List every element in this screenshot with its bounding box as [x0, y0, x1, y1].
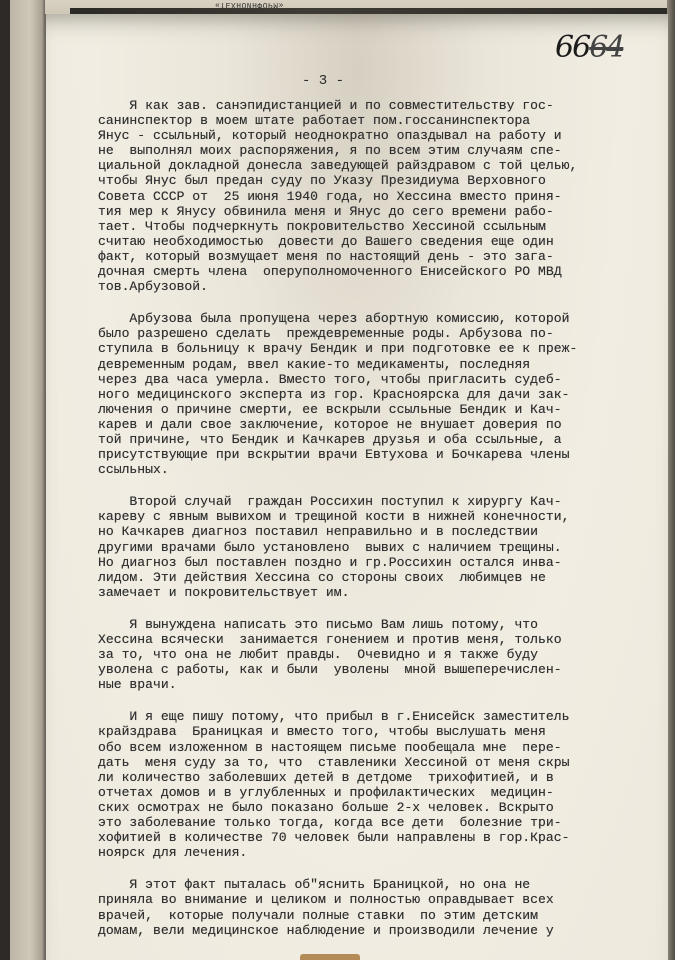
text-line: ного медицинского эксперта из гор. Красн… [98, 387, 668, 402]
typewritten-letter-body: Я как зав. санэпидистанцией и по совмест… [98, 98, 668, 955]
text-line: Но диагноз был поставлен поздно и гр.Рос… [98, 555, 668, 570]
text-line: другими врачами было установлено вывих с… [98, 540, 668, 555]
text-line: приняла во внимание и целиком и полность… [98, 892, 668, 907]
text-line: Я как зав. санэпидистанцией и по совмест… [98, 98, 668, 113]
text-line: санинспектор в моем штате работает пом.г… [98, 113, 668, 128]
text-line: ноярск для лечения. [98, 845, 668, 860]
text-line: дочная смерть члена оперуполномоченного … [98, 264, 668, 279]
text-line: ских осмотрах не было показано больше 2-… [98, 800, 668, 815]
page-number: - 3 - [302, 73, 344, 89]
text-line: тает. Чтобы подчеркнуть покровительство … [98, 219, 668, 234]
text-line: тия мер к Янусу обвинила меня и Янус до … [98, 204, 668, 219]
text-line: лидом. Эти действия Хессина со стороны с… [98, 570, 668, 585]
text-line: Совета СССР от 25 июня 1940 года, но Хес… [98, 189, 668, 204]
handwritten-folio-number: 6664 [555, 30, 623, 65]
text-line: Хессина всячески занимается гонением и п… [98, 632, 668, 647]
paragraph-1: Я как зав. санэпидистанцией и по совмест… [98, 98, 668, 294]
text-line: Я этот факт пыталась об"яснить Браницкой… [98, 877, 668, 892]
text-line: присутствующие при вскрытии врачи Евтухо… [98, 447, 668, 462]
text-line: ли количество заболевших детей в детдоме… [98, 770, 668, 785]
text-line: не выполнял моих распоряжения, я по всем… [98, 143, 668, 158]
text-line: замечает и покровительствует им. [98, 585, 668, 600]
paragraph-6: Я этот факт пыталась об"яснить Браницкой… [98, 877, 668, 937]
text-line: за то, что она не любит правды. Очевидно… [98, 647, 668, 662]
binding-edge [0, 0, 45, 960]
text-line: ступила в больницу к врачу Бендик и при … [98, 341, 668, 356]
text-line: чтобы Янус был предан суду по Указу През… [98, 173, 668, 188]
text-line: это заболевание только тогда, когда все … [98, 815, 668, 830]
text-line: циальной докладной донесла заведующей ра… [98, 158, 668, 173]
text-line: Я вынуждена написать это письмо Вам лишь… [98, 617, 668, 632]
text-line: Арбузова была пропущена через абортную к… [98, 311, 668, 326]
paragraph-5: И я еще пишу потому, что прибыл в г.Енис… [98, 709, 668, 860]
text-line: Второй случай граждан Россихин поступил … [98, 494, 668, 509]
text-line: Янус - ссыльный, который неоднократно оп… [98, 128, 668, 143]
text-line: через два часа умерла. Вместо того, чтоб… [98, 372, 668, 387]
paragraph-4: Я вынуждена написать это письмо Вам лишь… [98, 617, 668, 692]
folio-current: 66 [555, 30, 589, 65]
text-line: домам, вели медицинское наблюдение и про… [98, 923, 668, 938]
text-line: кареву с явным вывихом и трещиной кости … [98, 509, 668, 524]
text-line: тов.Арбузовой. [98, 279, 668, 294]
text-line: И я еще пишу потому, что прибыл в г.Енис… [98, 709, 668, 724]
text-line: врачей, которые получали полные ставки п… [98, 908, 668, 923]
text-line: уволена с работы, как и были уволены мно… [98, 662, 668, 677]
text-line: обо всем изложенном в настоящем письме п… [98, 740, 668, 755]
text-line: отчетах домов и в углубленных и профилак… [98, 785, 668, 800]
text-line: лючения о причине смерти, ее вскрыли ссы… [98, 402, 668, 417]
paragraph-3: Второй случай граждан Россихин поступил … [98, 494, 668, 600]
text-line: ссыльных. [98, 462, 668, 477]
text-line: той причине, что Бендик и Качкарев друзь… [98, 432, 668, 447]
text-line: дать меня суду за то, что ставленики Хес… [98, 755, 668, 770]
text-line: считаю необходимостью довести до Вашего … [98, 234, 668, 249]
text-line: крайздрава Браницкая и вместо того, чтоб… [98, 724, 668, 739]
folio-struck-out: 64 [589, 30, 623, 65]
text-line: факт, который возмущает меня по настоящи… [98, 249, 668, 264]
right-page-edge [667, 0, 675, 960]
text-line: девременным родам, ввел какие-то медикам… [98, 357, 668, 372]
text-line: ные врачи. [98, 677, 668, 692]
text-line: хофитией в количестве 70 человек были на… [98, 830, 668, 845]
paragraph-2: Арбузова была пропущена через абортную к… [98, 311, 668, 477]
text-line: было разрешено сделать преждевременные р… [98, 326, 668, 341]
text-line: но Качкарев диагноз поставил неправильно… [98, 524, 668, 539]
paper-stain [300, 954, 360, 960]
text-line: карев и дали свое заключение, которое не… [98, 417, 668, 432]
